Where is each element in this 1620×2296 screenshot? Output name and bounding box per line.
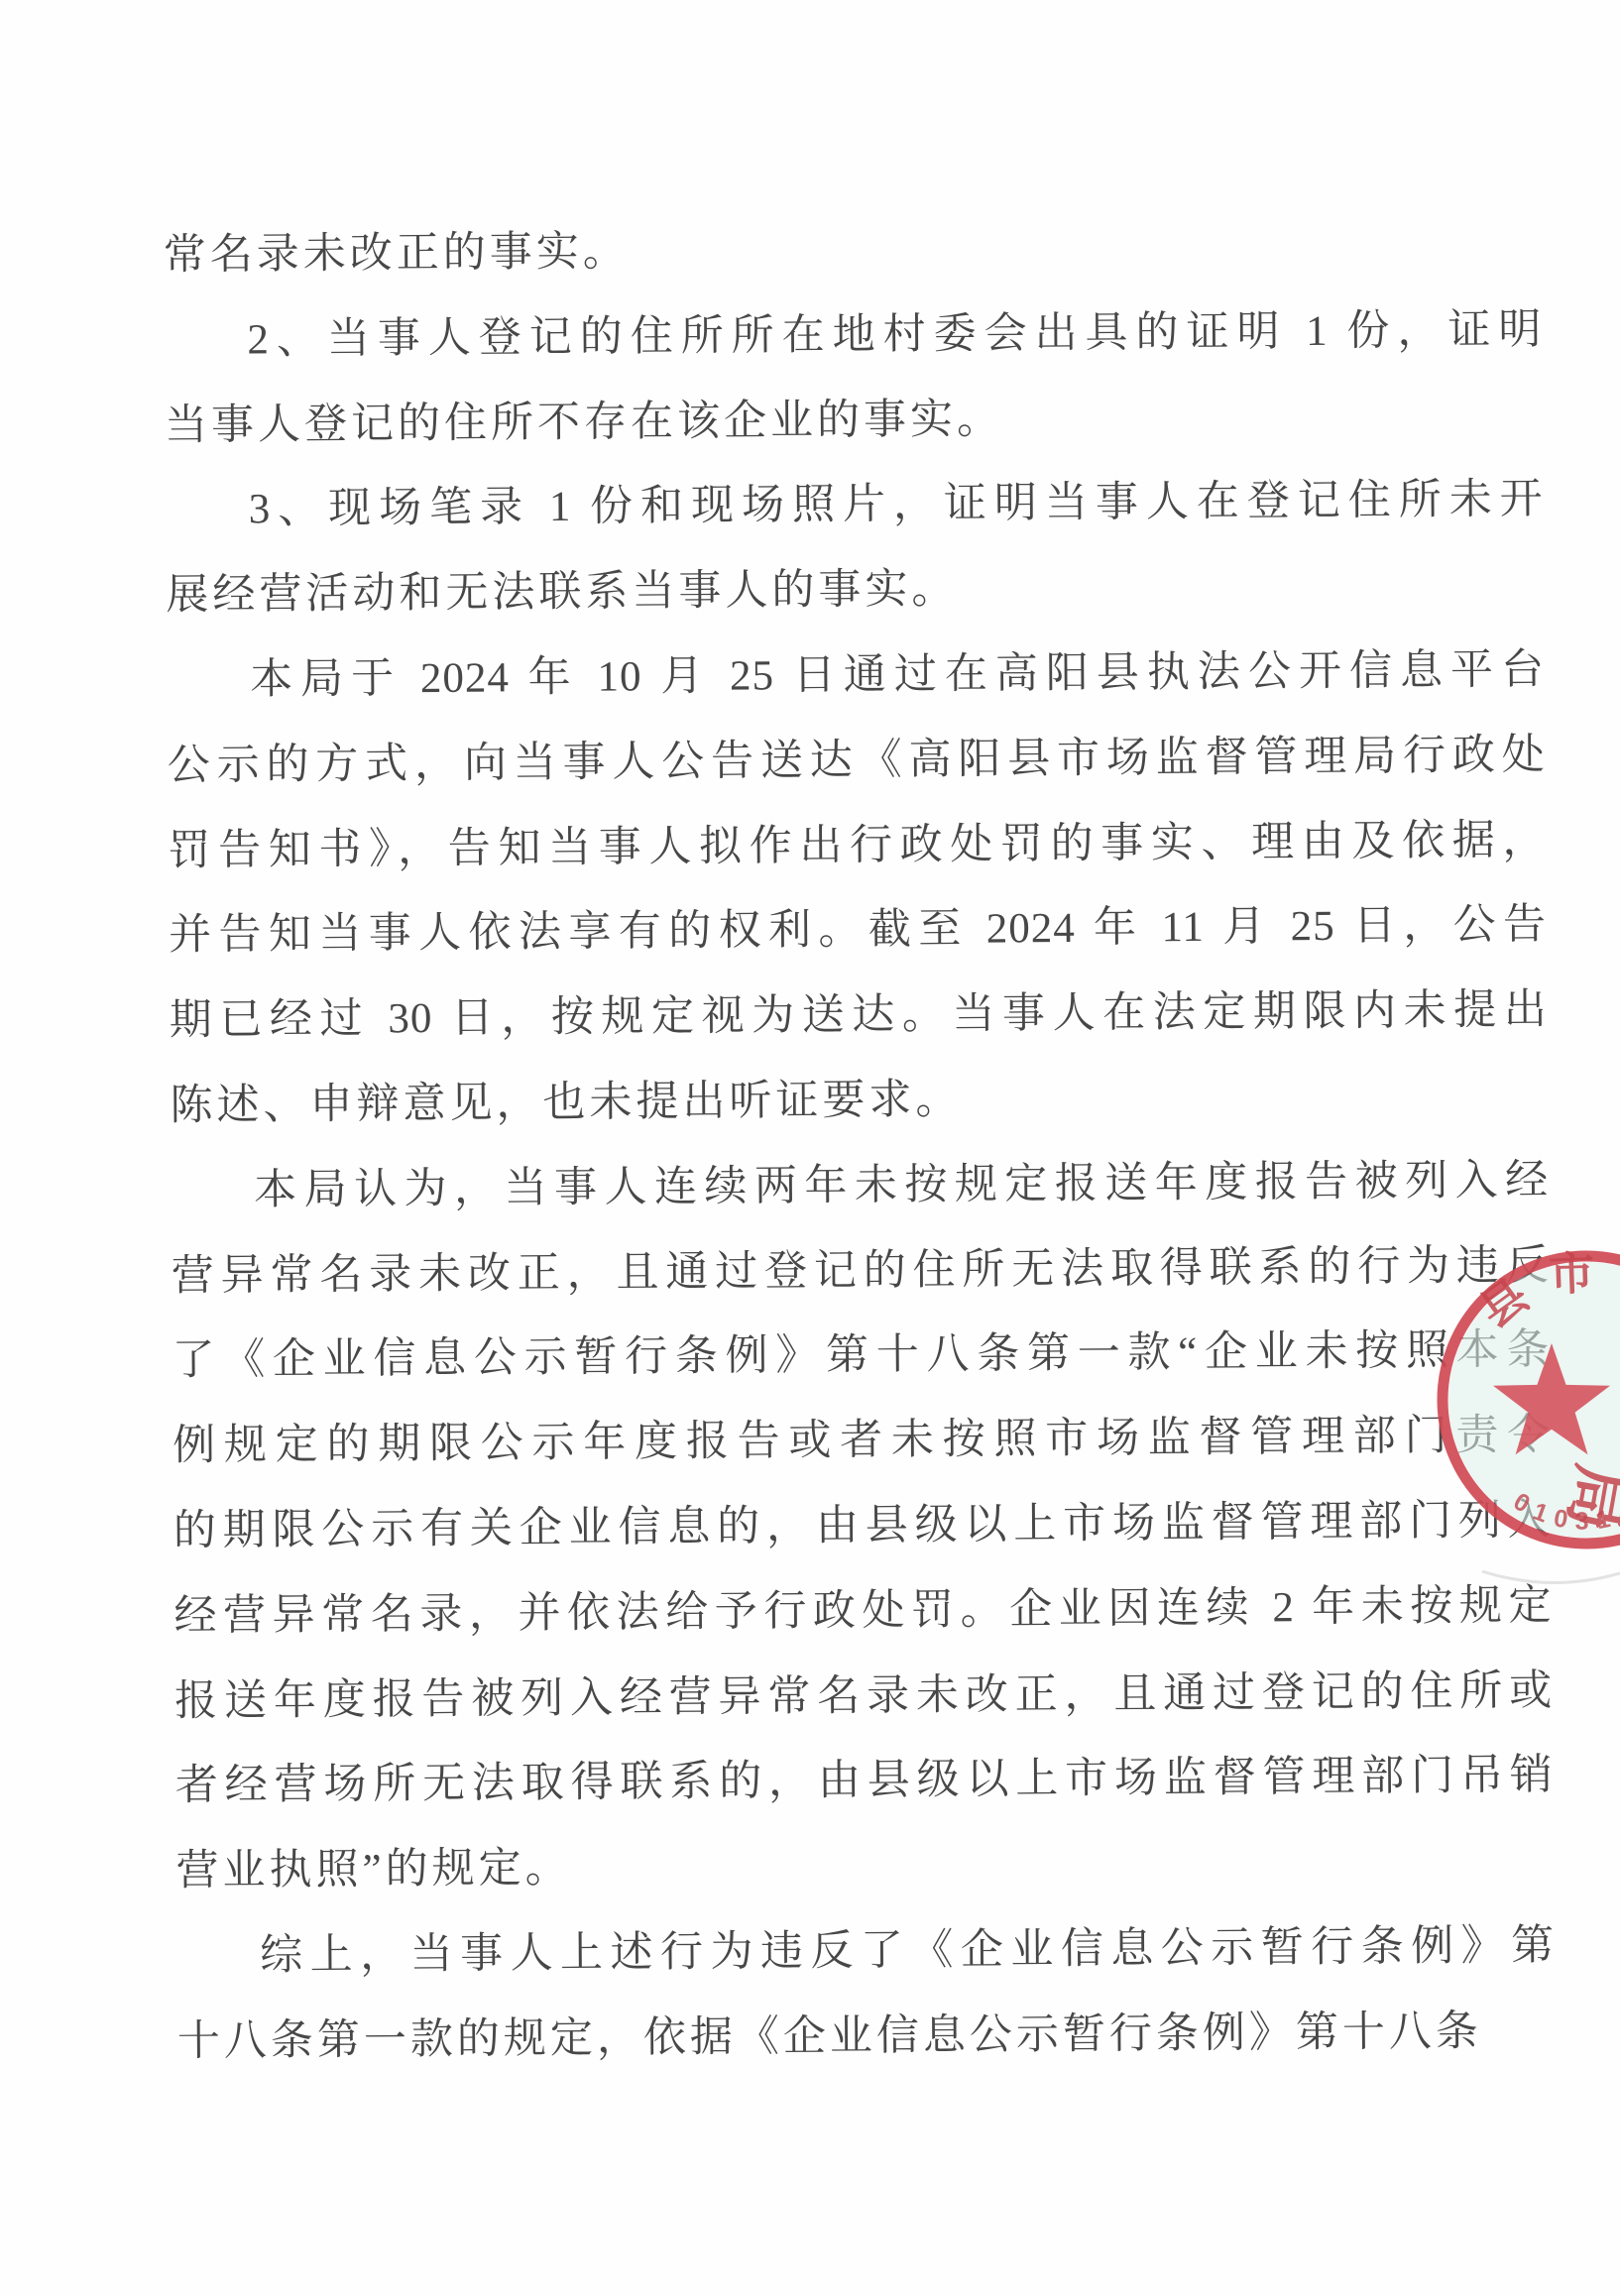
text-line-22: 十八条第一款的规定，依据《企业信息公示暂行条例》第十八条 — [177, 2001, 1556, 2073]
document-text-block: 常名录未改正的事实。2、当事人登记的住所所在地村委会出具的证明 1 份，证明当事… — [0, 0, 1620, 2296]
text-line-20: 营业执照”的规定。 — [175, 1830, 1554, 1902]
text-line-12: 本局认为，当事人连续两年未按规定报送年度报告被列入经 — [171, 1150, 1549, 1222]
text-line-11: 陈述、申辩意见，也未提出听证要求。 — [170, 1065, 1548, 1137]
document-page: 常名录未改正的事实。2、当事人登记的住所所在地村委会出具的证明 1 份，证明当事… — [0, 0, 1620, 2296]
text-line-16: 的期限公示有关企业信息的，由县级以上市场监督管理部门列入 — [174, 1490, 1552, 1562]
text-line-5: 展经营活动和无法联系当事人的事实。 — [166, 554, 1544, 627]
text-line-6: 本局于 2024 年 10 月 25 日通过在高阳县执法公开信息平台 — [167, 639, 1545, 712]
text-line-15: 例规定的期限公示年度报告或者未按照市场监督管理部门责令 — [173, 1405, 1551, 1477]
text-line-19: 者经营场所无法取得联系的，由县级以上市场监督管理部门吊销 — [175, 1746, 1554, 1818]
text-line-10: 期已经过 30 日，按规定视为送达。当事人在法定期限内未提出 — [170, 979, 1548, 1052]
text-line-17: 经营异常名录，并依法给予行政处罚。企业因连续 2 年未按规定 — [174, 1575, 1552, 1648]
text-line-3: 当事人登记的住所不存在该企业的事实。 — [165, 385, 1543, 457]
text-line-21: 综上，当事人上述行为违反了《企业信息公示暂行条例》第 — [176, 1915, 1555, 1988]
text-line-8: 罚告知书》，告知当事人拟作出行政处罚的事实、理由及依据， — [168, 810, 1546, 882]
text-line-9: 并告知当事人依法享有的权利。截至 2024 年 11 月 25 日，公告 — [169, 895, 1547, 968]
text-line-14: 了《企业信息公示暂行条例》第十八条第一款“企业未按照本条 — [172, 1320, 1550, 1393]
text-line-7: 公示的方式，向当事人公告送达《高阳县市场监督管理局行政处 — [168, 725, 1546, 797]
text-line-1: 常名录未改正的事实。 — [163, 214, 1541, 287]
text-line-2: 2、当事人登记的住所所在地村委会出具的证明 1 份，证明 — [164, 299, 1542, 372]
text-line-13: 营异常名录未改正，且通过登记的住所无法取得联系的行为违反 — [172, 1235, 1550, 1308]
text-line-18: 报送年度报告被列入经营异常名录未改正，且通过登记的住所或 — [174, 1661, 1553, 1733]
text-line-4: 3、现场笔录 1 份和现场照片，证明当事人在登记住所未开 — [166, 470, 1544, 542]
